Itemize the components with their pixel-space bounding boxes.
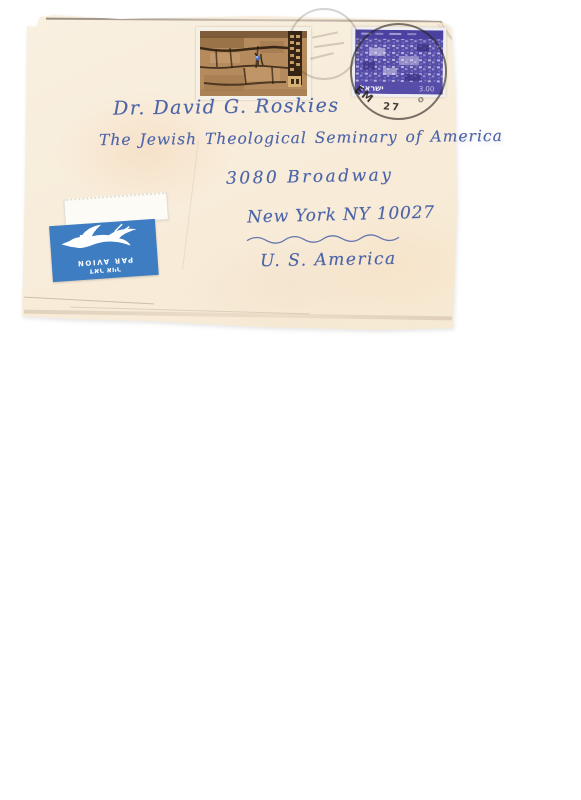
airmail-label: דאר אויר PAR AVION xyxy=(49,219,159,282)
airmail-par-avion-text: PAR AVION xyxy=(76,255,133,266)
envelope: ישראל 3.00 EM 27 o דאר אויר PAR AVION xyxy=(0,0,581,800)
flying-crane-icon xyxy=(59,222,147,258)
torn-top-edge xyxy=(46,18,444,23)
postmark-day-number: 27 xyxy=(383,101,402,114)
envelope-scan: ישראל 3.00 EM 27 o דאר אויר PAR AVION xyxy=(0,0,581,800)
postmark-circle: EM 27 o xyxy=(350,23,447,120)
address-line-recipient: Dr. David G. Roskies xyxy=(113,94,340,119)
crease-line xyxy=(70,307,310,315)
envelope-paper xyxy=(0,0,581,800)
airmail-label-group: דאר אויר PAR AVION xyxy=(47,192,172,282)
paper-stain xyxy=(180,230,400,340)
airmail-hebrew-text: דאר אויר xyxy=(89,266,121,276)
airmail-label-upside-down-content: דאר אויר PAR AVION xyxy=(49,219,159,282)
crease-line xyxy=(24,297,154,305)
address-line-street: 3080 Broadway xyxy=(226,165,394,189)
postmark-faint-mark: o xyxy=(416,94,427,106)
address-line-country: U. S. America xyxy=(260,249,397,271)
crease-line xyxy=(182,140,199,269)
bottom-edge-shadow xyxy=(24,310,452,321)
